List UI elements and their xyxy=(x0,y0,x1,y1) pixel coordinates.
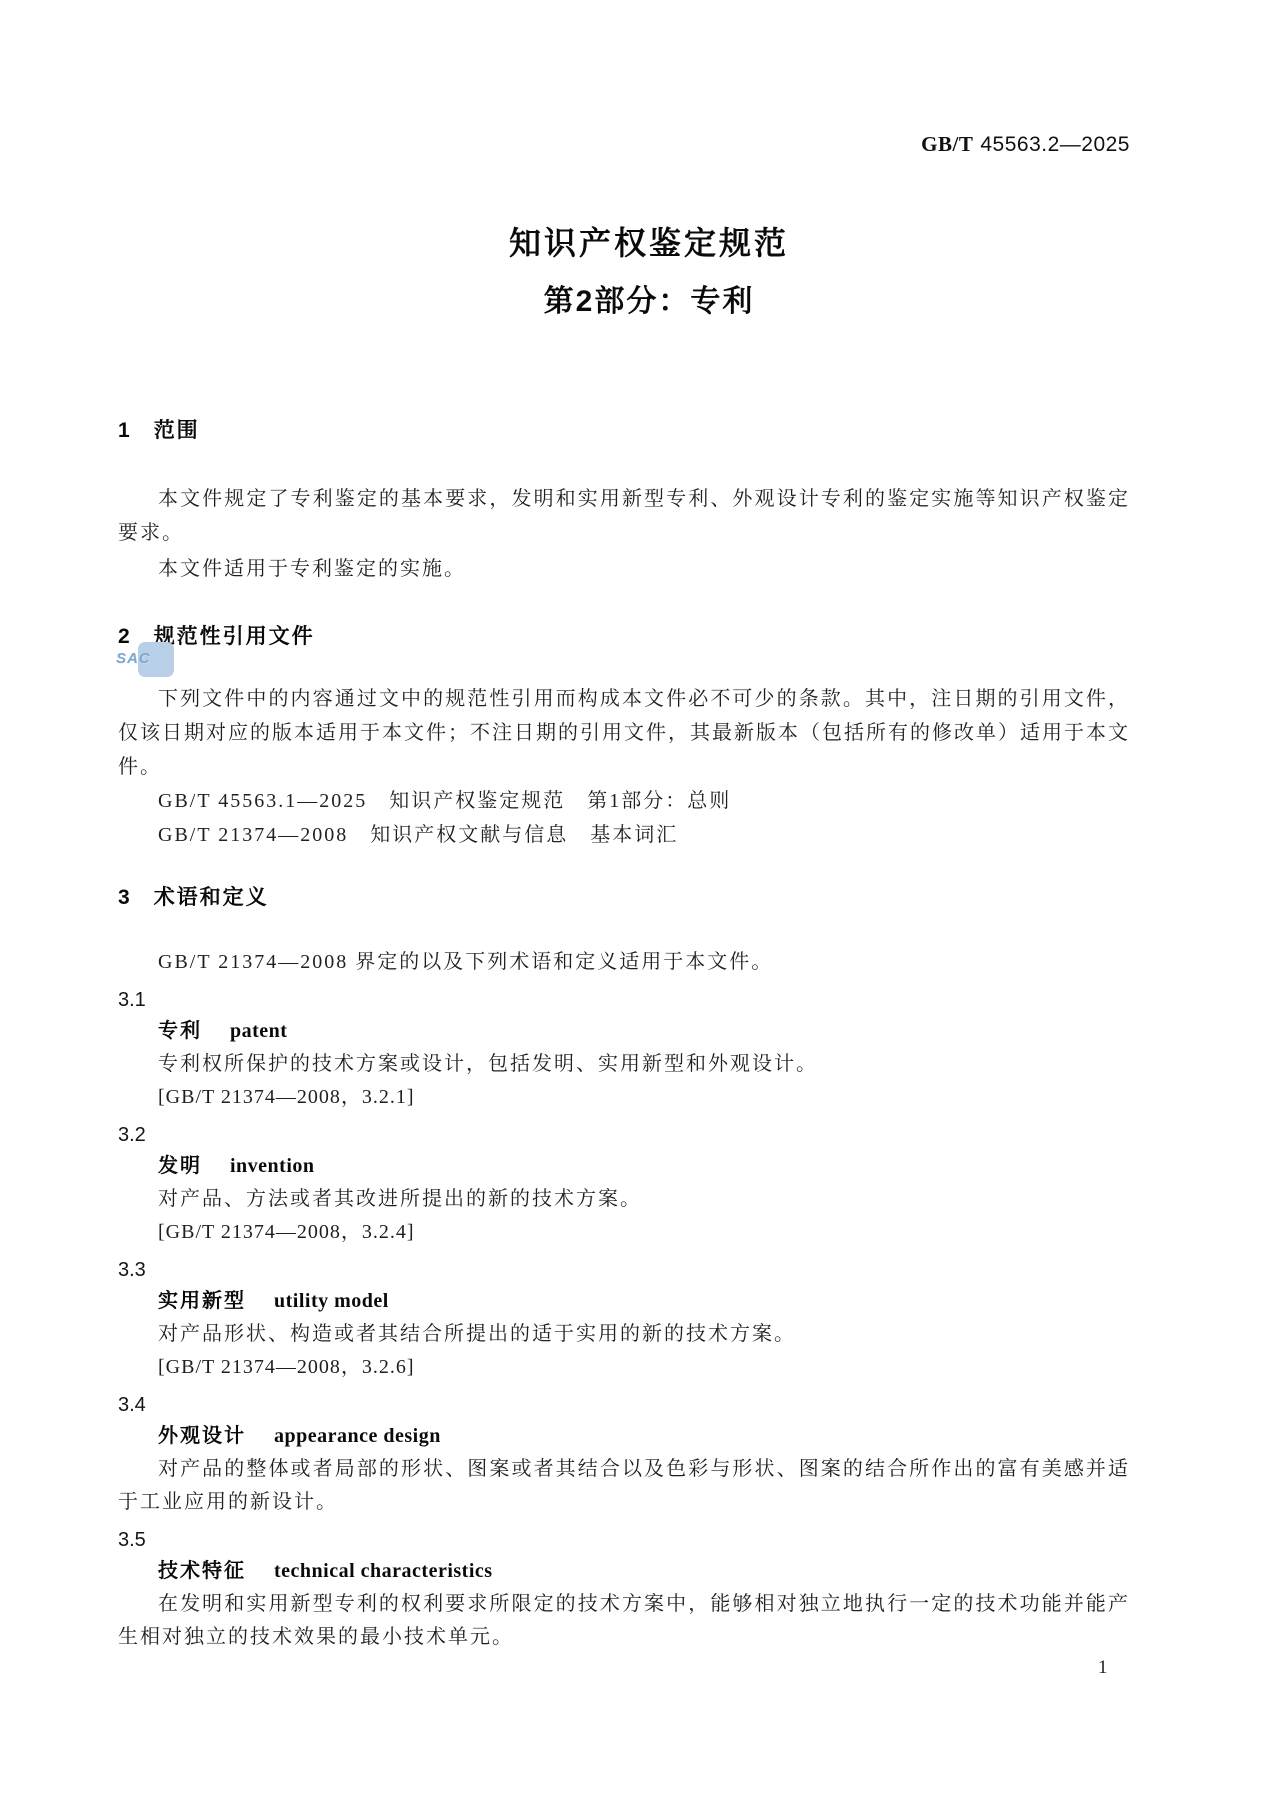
clause-number: 3.5 xyxy=(118,1525,1130,1555)
standard-code-prefix: GB/T xyxy=(921,132,973,156)
term-heading: 专利patent xyxy=(118,1015,1130,1048)
term-zh: 发明 xyxy=(158,1155,202,1177)
section-3-title: 术语和定义 xyxy=(154,886,269,909)
term-source: [GB/T 21374—2008，3.2.6] xyxy=(118,1351,1130,1384)
term-heading: 技术特征technical characteristics xyxy=(118,1555,1130,1588)
term-en: invention xyxy=(230,1155,315,1177)
standard-code: GB/T45563.2—2025 xyxy=(118,131,1130,158)
section-3-number: 3 xyxy=(118,886,130,909)
term-zh: 技术特征 xyxy=(158,1560,246,1582)
clause-number: 3.1 xyxy=(118,985,1130,1015)
term-block-3-5: 3.5 技术特征technical characteristics 在发明和实用… xyxy=(118,1525,1130,1654)
document-title: 知识产权鉴定规范 xyxy=(118,222,1130,264)
term-source: [GB/T 21374—2008，3.2.1] xyxy=(118,1081,1130,1114)
term-heading: 实用新型utility model xyxy=(118,1285,1130,1318)
term-heading: 外观设计appearance design xyxy=(118,1420,1130,1453)
standard-code-number: 45563.2—2025 xyxy=(980,133,1130,156)
term-source: [GB/T 21374—2008，3.2.4] xyxy=(118,1216,1130,1249)
term-en: technical characteristics xyxy=(274,1560,493,1582)
normative-reference-1: GB/T 45563.1—2025 知识产权鉴定规范 第1部分：总则 xyxy=(118,784,1130,818)
term-zh: 实用新型 xyxy=(158,1290,246,1312)
page-number: 1 xyxy=(1098,1656,1108,1680)
section-3-intro: GB/T 21374—2008 界定的以及下列术语和定义适用于本文件。 xyxy=(118,945,1130,979)
section-1-number: 1 xyxy=(118,419,130,442)
section-1-paragraph-1: 本文件规定了专利鉴定的基本要求，发明和实用新型专利、外观设计专利的鉴定实施等知识… xyxy=(118,482,1130,550)
term-block-3-1: 3.1 专利patent 专利权所保护的技术方案或设计，包括发明、实用新型和外观… xyxy=(118,985,1130,1114)
term-zh: 外观设计 xyxy=(158,1425,246,1447)
section-2-title: 规范性引用文件 xyxy=(154,625,315,648)
section-2-paragraph-1: 下列文件中的内容通过文中的规范性引用而构成本文件必不可少的条款。其中，注日期的引… xyxy=(118,682,1130,784)
document-page: GB/T45563.2—2025 知识产权鉴定规范 第2部分：专利 1范围 本文… xyxy=(0,0,1280,1809)
section-2-heading: 2规范性引用文件 xyxy=(118,624,1130,650)
term-heading: 发明invention xyxy=(118,1150,1130,1183)
term-en: patent xyxy=(230,1020,287,1042)
term-definition: 对产品、方法或者其改进所提出的新的技术方案。 xyxy=(118,1183,1130,1216)
term-definition: 在发明和实用新型专利的权利要求所限定的技术方案中，能够相对独立地执行一定的技术功… xyxy=(118,1588,1130,1654)
term-definition: 对产品的整体或者局部的形状、图案或者其结合以及色彩与形状、图案的结合所作出的富有… xyxy=(118,1453,1130,1519)
sac-watermark-text: SAC xyxy=(116,650,151,667)
term-definition: 专利权所保护的技术方案或设计，包括发明、实用新型和外观设计。 xyxy=(118,1048,1130,1081)
page-content: GB/T45563.2—2025 知识产权鉴定规范 第2部分：专利 1范围 本文… xyxy=(118,0,1130,1654)
term-block-3-2: 3.2 发明invention 对产品、方法或者其改进所提出的新的技术方案。 [… xyxy=(118,1120,1130,1249)
term-block-3-3: 3.3 实用新型utility model 对产品形状、构造或者其结合所提出的适… xyxy=(118,1255,1130,1384)
sac-watermark: SAC xyxy=(116,642,176,678)
term-en: appearance design xyxy=(274,1425,441,1447)
term-en: utility model xyxy=(274,1290,389,1312)
term-definition: 对产品形状、构造或者其结合所提出的适于实用的新的技术方案。 xyxy=(118,1318,1130,1351)
section-1-heading: 1范围 xyxy=(118,418,1130,444)
document-subtitle: 第2部分：专利 xyxy=(118,283,1130,321)
clause-number: 3.4 xyxy=(118,1390,1130,1420)
section-3-heading: 3术语和定义 xyxy=(118,885,1130,911)
clause-number: 3.2 xyxy=(118,1120,1130,1150)
normative-reference-2: GB/T 21374—2008 知识产权文献与信息 基本词汇 xyxy=(118,818,1130,852)
section-1-paragraph-2: 本文件适用于专利鉴定的实施。 xyxy=(118,552,1130,586)
term-block-3-4: 3.4 外观设计appearance design 对产品的整体或者局部的形状、… xyxy=(118,1390,1130,1519)
term-zh: 专利 xyxy=(158,1020,202,1042)
section-1-title: 范围 xyxy=(154,419,200,442)
clause-number: 3.3 xyxy=(118,1255,1130,1285)
